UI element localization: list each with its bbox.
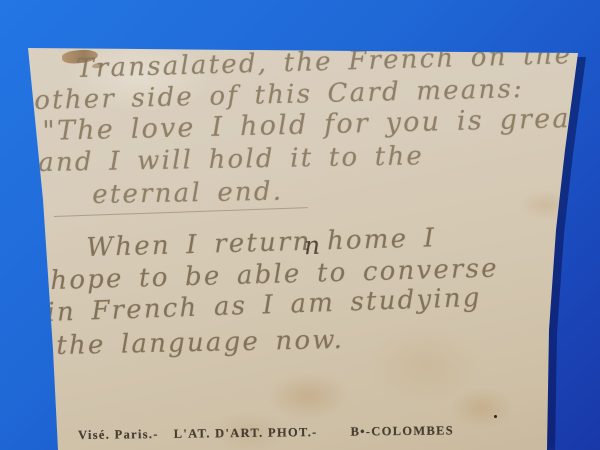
ink-overwrite: n	[303, 231, 320, 261]
handwriting-line: eternal end.	[92, 177, 283, 210]
handwriting-line: and I will hold it to the	[38, 141, 424, 178]
printed-publisher: Visé. Paris.-	[78, 427, 159, 442]
dark-speck	[494, 415, 497, 418]
handwriting-line: the language now.	[56, 325, 344, 361]
printed-caption: Visé. Paris.-L'AT. D'ART. PHOT.-B•-COLOM…	[78, 423, 454, 443]
postcard-back: Transalated, the French on the other sid…	[0, 0, 600, 450]
printed-studio: L'AT. D'ART. PHOT.-	[174, 425, 318, 441]
printed-location: B•-COLOMBES	[350, 423, 454, 438]
postcard-photo: Transalated, the French on the other sid…	[0, 0, 600, 450]
